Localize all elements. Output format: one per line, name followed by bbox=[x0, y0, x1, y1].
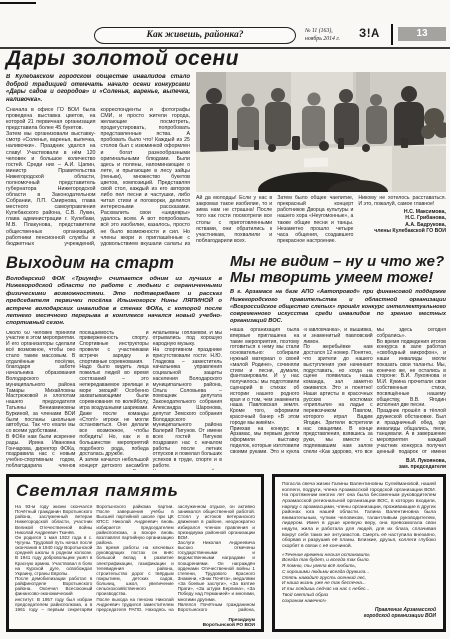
memory-box-signature: Президиум Воротынской РО ВОИ bbox=[15, 618, 255, 628]
article-blind-body: Наша организация была впервые приглашена… bbox=[230, 328, 446, 456]
article-blind-title-line1: Мы не видим – ну и что же? bbox=[230, 254, 444, 270]
photo-caption-col1: Ай да молодцы! Если у нас в закромах так… bbox=[196, 195, 272, 250]
obituary-signature: Правление Арзамасской городской организа… bbox=[282, 607, 436, 619]
photo-caption-col2: Затем было общее чаепитие, прекрасный ко… bbox=[277, 195, 353, 250]
article-start-intro: Володарский ФОК «Триумф» считается одним… bbox=[6, 276, 222, 328]
article-blind-intro: В г. Арзамасе на базе АПО «Автопровод» п… bbox=[230, 289, 446, 325]
photo-caption-text: Никому не хотелось расставаться. И это, … bbox=[358, 195, 446, 207]
article-blind-title: Мы не видим – ну и что же? Мы творить ум… bbox=[230, 254, 446, 286]
article-harvest-intro: В Кулебакском городском обществе инвалид… bbox=[6, 74, 190, 104]
article-start-body: Около 60 человек приняли участие в этом … bbox=[6, 331, 222, 470]
article-harvest: Дары золотой осени В Кулебакском городск… bbox=[6, 50, 446, 252]
page-header: Как живешь, районка? № 11 (163), ноябрь … bbox=[6, 26, 446, 46]
article-harvest-photoblock: Ай да молодцы! Если у нас в закромах так… bbox=[196, 72, 446, 252]
newspaper-page: Как живешь, районка? № 11 (163), ноябрь … bbox=[0, 0, 450, 639]
issue-info: № 11 (163), ноябрь 2014 г. bbox=[305, 28, 357, 44]
obituary-body: Погасла свеча жизни Галины Валентиновны … bbox=[282, 482, 436, 550]
article-start-title: Выходим на старт bbox=[6, 254, 222, 273]
photo-caption: Ай да молодцы! Если у нас в закромах так… bbox=[196, 195, 446, 250]
memory-box-title: Светлая память bbox=[16, 481, 255, 501]
rubric-badge: Как живешь, районка? bbox=[94, 27, 296, 44]
page-number: 13 bbox=[398, 27, 446, 41]
newspaper-logo: З!А bbox=[359, 28, 380, 40]
group-photo bbox=[196, 72, 446, 192]
photo-caption-col3: Никому не хотелось расставаться. И это, … bbox=[358, 195, 446, 250]
obituary-poem: «Течение времени нельзя остановить Всегд… bbox=[282, 553, 436, 605]
scan-mark bbox=[0, 2, 36, 4]
article-harvest-signature: Н.С. Максимова, Н.С. Грибанова, А.А. Бад… bbox=[358, 209, 446, 234]
memory-box: Светлая память На 93-м году жизни сконча… bbox=[6, 474, 264, 632]
obituary-box: Погасла свеча жизни Галины Валентиновны … bbox=[272, 474, 446, 632]
bottom-boxes: Светлая память На 93-м году жизни сконча… bbox=[6, 474, 446, 632]
article-start: Выходим на старт Володарский ФОК «Триумф… bbox=[6, 254, 222, 470]
article-harvest-body: Сначала в офисе ГО ВОИ была проведена вы… bbox=[6, 107, 190, 251]
article-harvest-title: Дары золотой осени bbox=[6, 47, 239, 71]
article-blind-signature: В.И. Лукоянова, зам. председателя Павлов… bbox=[230, 458, 446, 470]
article-blind: Мы не видим – ну и что же? Мы творить ум… bbox=[230, 254, 446, 470]
article-harvest-textblock: В Кулебакском городском обществе инвалид… bbox=[6, 74, 190, 252]
memory-box-body: На 93-м году жизни скончался Почётный гр… bbox=[15, 504, 255, 616]
article-blind-title-line2: Мы творить умеем тоже! bbox=[230, 269, 433, 286]
middle-articles: Выходим на старт Володарский ФОК «Триумф… bbox=[6, 254, 446, 470]
header-divider bbox=[391, 24, 393, 45]
